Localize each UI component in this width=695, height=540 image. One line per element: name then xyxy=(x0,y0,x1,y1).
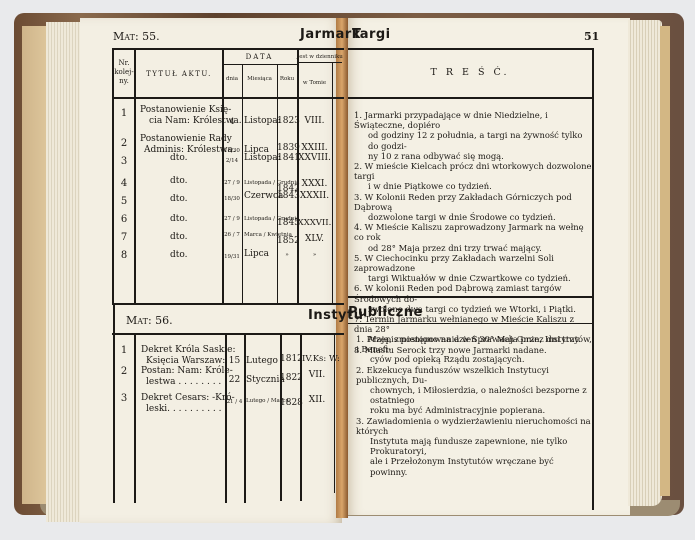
list-item: 4. W Mieście Kaliszu zaprowadzony Jarmar… xyxy=(354,222,592,253)
column-header-roku: Roku xyxy=(277,74,297,85)
left-page-stack xyxy=(46,22,81,522)
column-header-w-tomie: w Tomie xyxy=(297,78,332,89)
column-header-miesiaca: Miesiąca xyxy=(242,74,277,85)
list-item: 1. Przepis postępowania w Sprawach Gmin,… xyxy=(356,334,592,365)
page-number: 51 xyxy=(584,30,599,43)
column-header-data: DATA xyxy=(222,52,297,63)
section-heading-mat-56: Mat: 56. xyxy=(126,314,173,327)
list-item: 3. W Kolonii Reden przy Zakładach Górnic… xyxy=(354,192,592,223)
right-endpaper xyxy=(660,26,670,496)
left-page xyxy=(80,18,342,523)
list-item: 5. W Ciechocinku przy Zakładach warzelni… xyxy=(354,253,592,284)
list-item: 3. Zawiadomienia o wydzierżawieniu nieru… xyxy=(356,416,592,477)
column-header-dnia: dnia xyxy=(222,74,242,85)
right-page-stack xyxy=(628,20,662,506)
column-header-tytul-aktu: TYTUŁ AKTU. xyxy=(136,69,222,80)
section-title-fragment-right: Targi xyxy=(352,27,391,42)
list-item: 2. W mieście Kielcach prócz dni wtorkowy… xyxy=(354,161,592,192)
book-gutter xyxy=(336,18,348,518)
section-heading-mat-55: Mat: 55. xyxy=(113,30,160,43)
column-header-tresc: T R E Ś Ć. xyxy=(348,67,592,78)
list-item: 2. Ekzekucya funduszów wszelkich Instytu… xyxy=(356,365,592,416)
column-header-nr: Nr.kolej-ny. xyxy=(114,59,134,86)
section2-items: 1. Przepis postępowania w Sprawach Gmin,… xyxy=(356,334,592,477)
section-title-fragment-right-2: Publiczne xyxy=(348,305,423,320)
list-item: 1. Jarmarki przypadające w dnie Niedziel… xyxy=(354,110,592,161)
column-header-jest-w-dzienniku: Jest w dzienniku xyxy=(297,52,342,63)
